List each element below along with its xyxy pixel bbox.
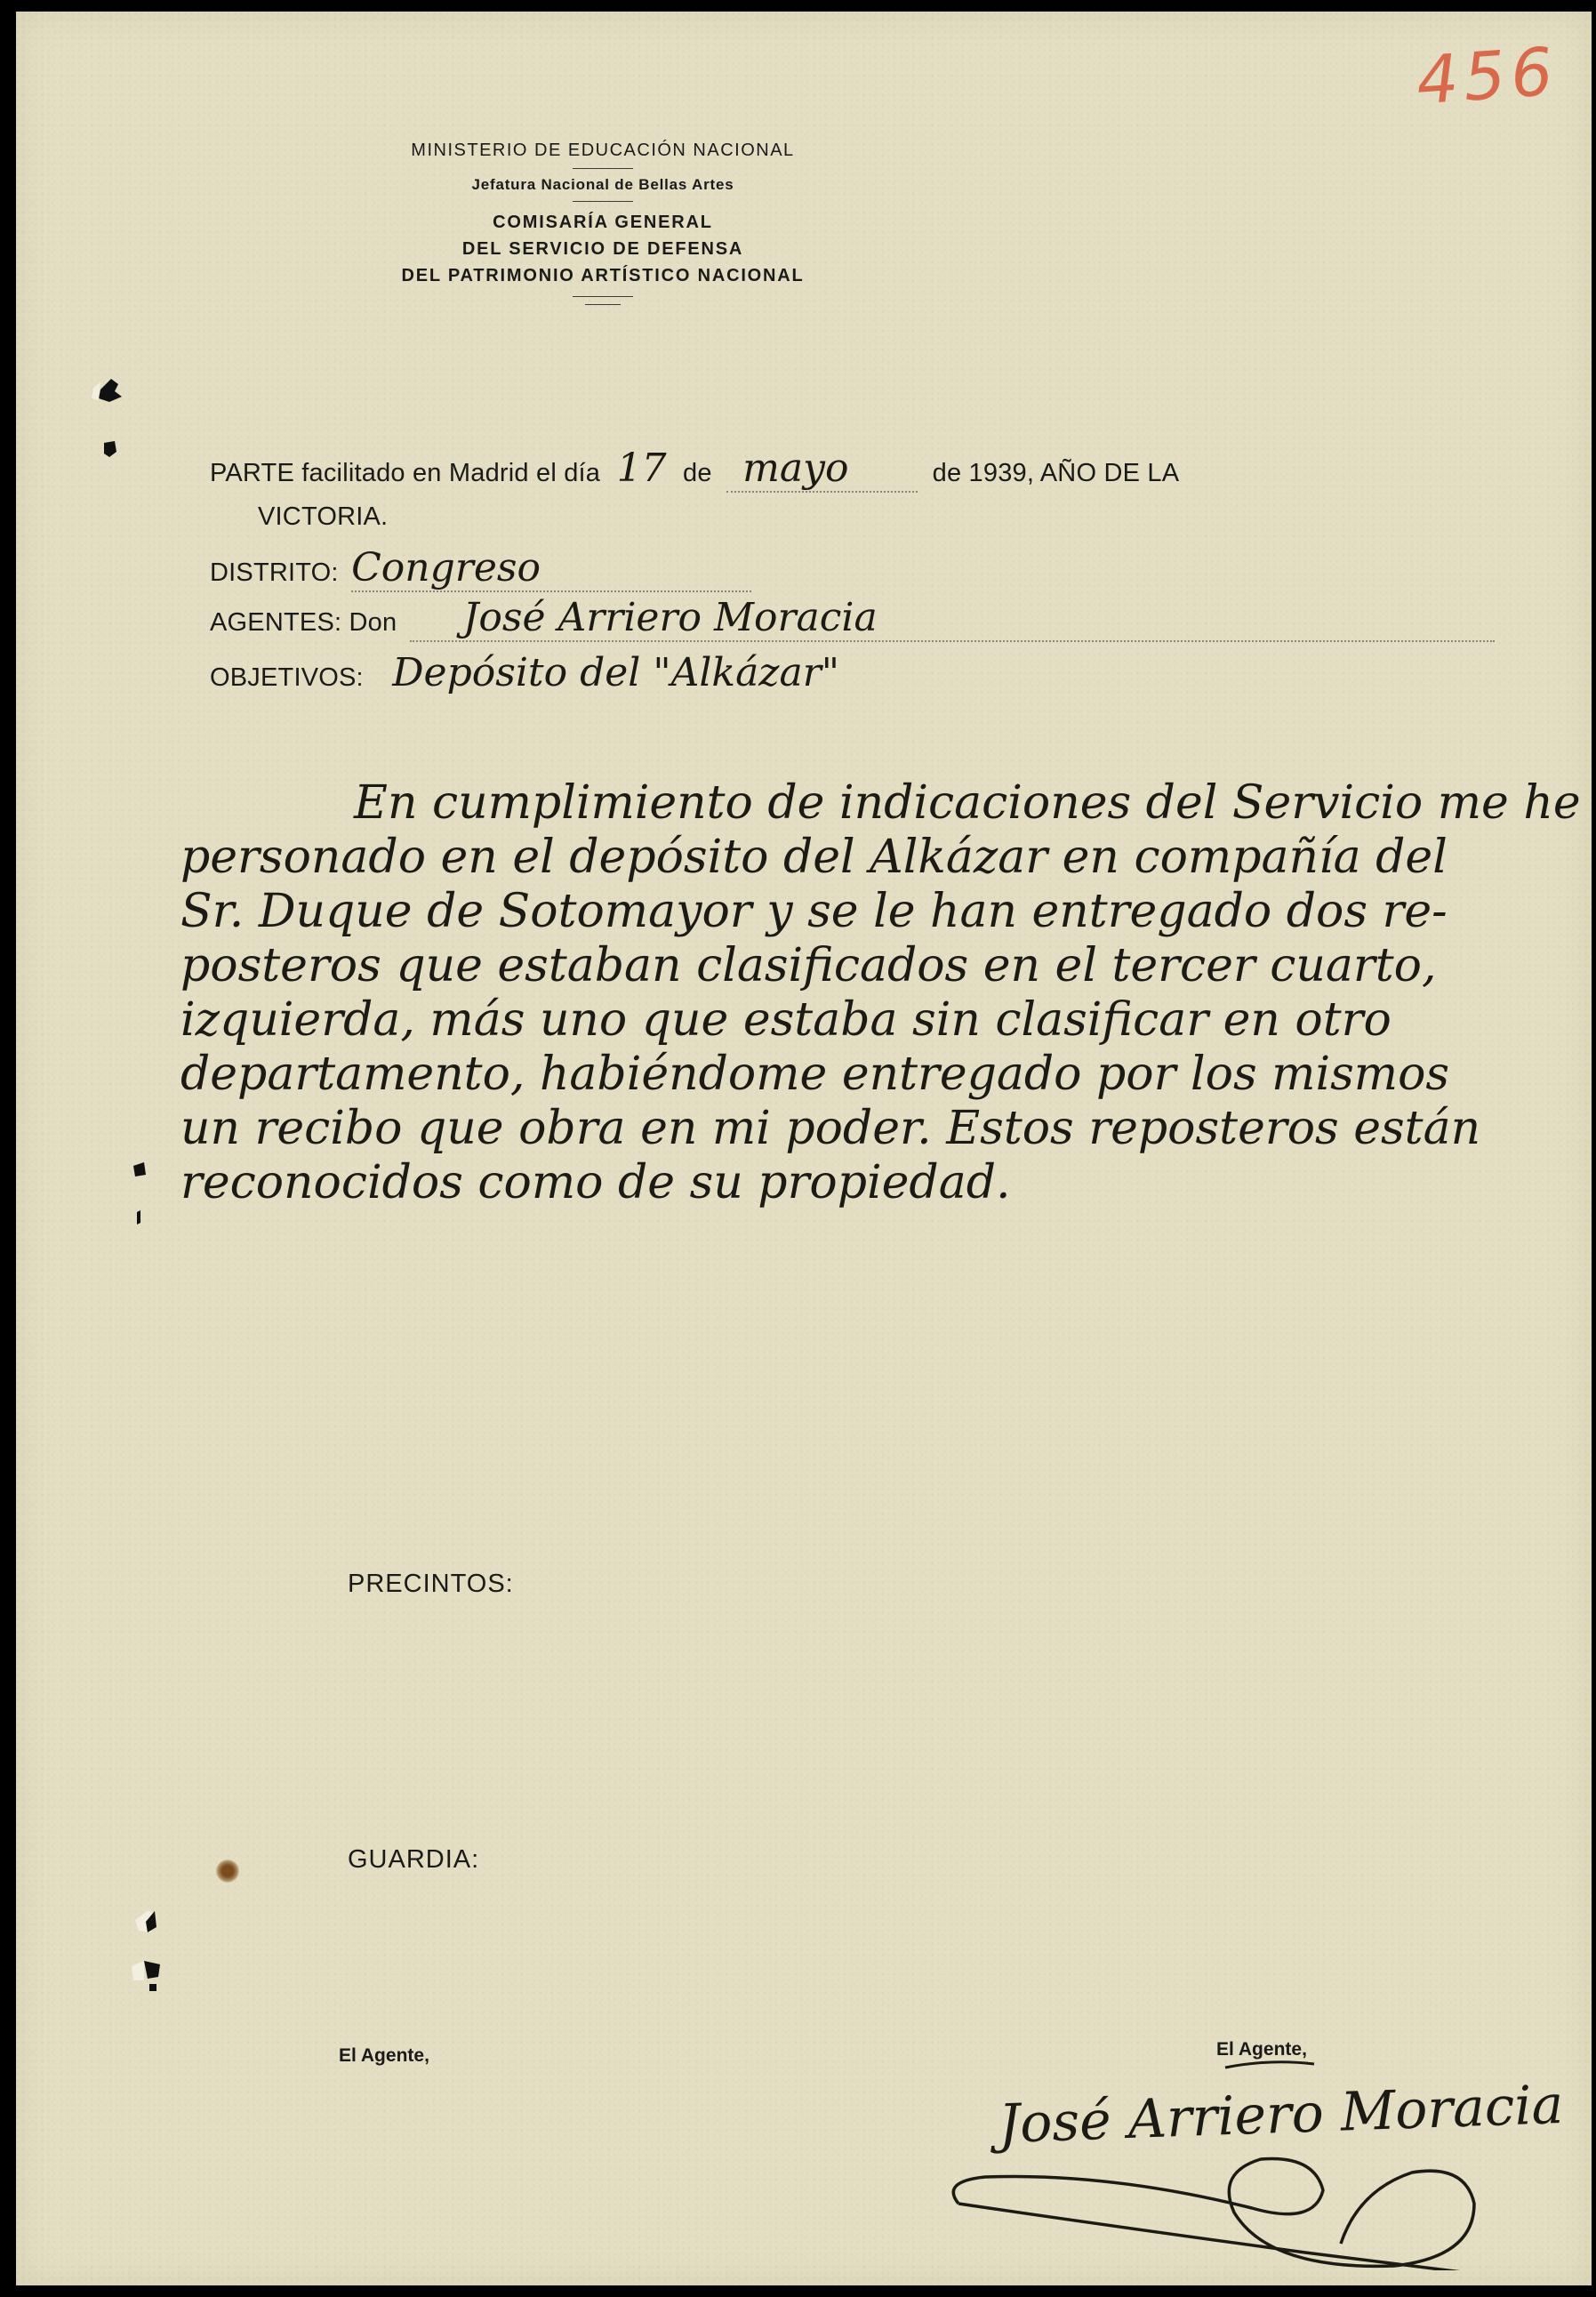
objetivos-value: Depósito del "Alkázar" [392, 650, 839, 695]
body-line: departamento, habiéndome entregado por l… [180, 1048, 1541, 1102]
report-month: mayo [726, 446, 848, 491]
distrito-label: DISTRITO: [210, 558, 339, 587]
objetivos-label: OBJETIVOS: [210, 663, 364, 692]
distrito-line: Congreso [351, 545, 751, 592]
divider [585, 304, 621, 305]
body-line: reconocidos como de su propiedad. [180, 1156, 1541, 1210]
guardia-label: GUARDIA: [348, 1845, 479, 1875]
divider [573, 296, 633, 297]
report-day: 17 [617, 446, 667, 491]
report-year: de 1939, AÑO DE LA [933, 459, 1180, 487]
signature-flourish-icon [932, 2057, 1572, 2270]
agent-left-label: El Agente, [339, 2045, 429, 2067]
commission-line-1: COMISARÍA GENERAL [354, 209, 852, 236]
body-line: Sr. Duque de Sotomayor y se le han entre… [180, 885, 1541, 939]
report-continuation: VICTORIA. [258, 502, 388, 531]
report-body: En cumplimiento de indicaciones del Serv… [180, 776, 1541, 1210]
objetivos-field: OBJETIVOS: Depósito del "Alkázar" [210, 650, 839, 695]
report-prefix: PARTE facilitado en Madrid el día [210, 459, 600, 487]
month-field: mayo [726, 446, 918, 493]
department-title: Jefatura Nacional de Bellas Artes [354, 176, 852, 194]
precintos-label: PRECINTOS: [348, 1570, 514, 1599]
commission-line-2: DEL SERVICIO DE DEFENSA [354, 236, 852, 262]
agentes-field: AGENTES: Don José Arriero Moracia [210, 595, 1495, 642]
report-header-line: PARTE facilitado en Madrid el día 17 de … [210, 446, 1179, 493]
body-line: izquierda, más uno que estaba sin clasif… [180, 993, 1541, 1048]
body-line: En cumplimiento de indicaciones del Serv… [180, 776, 1541, 831]
distrito-value: Congreso [351, 545, 541, 590]
distrito-field: DISTRITO: Congreso [210, 545, 751, 592]
ink-stain [216, 1859, 239, 1883]
body-line: personado en el depósito del Alkázar en … [180, 831, 1541, 885]
body-line: posteros que estaban clasificados en el … [180, 939, 1541, 993]
punch-hole-icon [92, 372, 127, 470]
agentes-label: AGENTES: Don [210, 608, 397, 637]
commission-line-3: DEL PATRIMONIO ARTÍSTICO NACIONAL [354, 262, 852, 289]
report-header-continuation: VICTORIA. [258, 502, 388, 532]
punch-hole-icon [130, 1906, 174, 2004]
report-de-label: de [683, 459, 712, 487]
folio-number: 456 [1414, 34, 1560, 120]
agentes-line: José Arriero Moracia [410, 595, 1495, 642]
ministry-title: MINISTERIO DE EDUCACIÓN NACIONAL [354, 141, 852, 161]
divider [573, 201, 633, 202]
document-page: 456 MINISTERIO DE EDUCACIÓN NACIONAL Jef… [16, 12, 1592, 2285]
divider [573, 168, 633, 169]
letterhead: MINISTERIO DE EDUCACIÓN NACIONAL Jefatur… [354, 141, 852, 305]
agentes-value: José Arriero Moracia [410, 595, 878, 640]
punch-hole-icon [130, 1159, 156, 1239]
body-line: un recibo que obra en mi poder. Estos re… [180, 1102, 1541, 1156]
